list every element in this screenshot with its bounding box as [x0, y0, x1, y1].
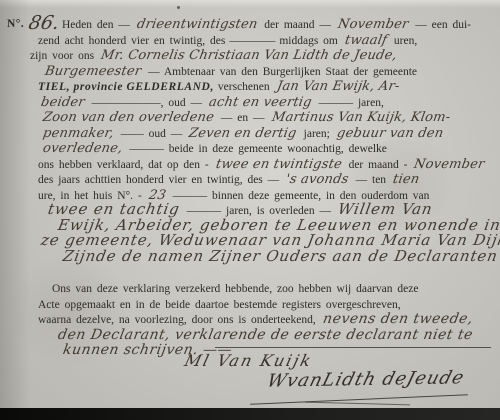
handwritten-entry: gebuur van den: [335, 126, 444, 142]
printed-form-text: — en —: [221, 112, 265, 124]
handwritten-entry: den Declarant, verklarende de eerste dec…: [57, 328, 474, 344]
form-line: TIEL, provincie GELDERLAND, verschenen J…: [38, 78, 494, 94]
printed-form-text: — ten: [356, 174, 386, 186]
form-line: overledene, ——— beide in deze gemeente w…: [40, 140, 494, 156]
form-line: zijn voor ons Mr. Cornelis Christiaan Va…: [30, 47, 494, 63]
form-line: des jaars achttien honderd vier en twint…: [38, 171, 494, 187]
form-line: penmaker, —— oud — Zeven en dertig jaren…: [40, 125, 494, 141]
handwritten-entry: twaalf: [344, 33, 389, 49]
printed-form-text: der maand —: [264, 19, 331, 31]
handwritten-entry: November: [337, 17, 410, 33]
document-scan: N°.86. Heden den — drieentwintigsten der…: [0, 0, 500, 420]
deed-text-block: Heden den — drieentwintigsten der maand …: [38, 16, 494, 358]
printed-form-text: ————: [229, 35, 275, 47]
form-line: Zijnde de namen Zijner Ouders aan de Dec…: [60, 249, 494, 265]
handwritten-entry: Jan Van Ewijk, Ar-: [275, 79, 400, 95]
handwritten-entry: Zijnde de namen Zijner Ouders aan de Dec…: [62, 249, 500, 265]
form-line: ons hebben verklaard, dat op den - twee …: [38, 156, 494, 172]
printed-form-text: waarna dezelve, na voorlezing, door ons …: [38, 314, 316, 326]
handwritten-entry: 's avonds: [285, 172, 350, 188]
printed-caps-text: TIEL, provincie GELDERLAND,: [38, 81, 214, 93]
scan-left-shadow: [0, 0, 30, 420]
printed-form-text: ons hebben verklaard, dat op den -: [38, 159, 209, 171]
scan-top-light-edge: [0, 0, 500, 8]
form-line: zend acht honderd vier en twintig, des —…: [38, 32, 494, 48]
handwritten-entry: Mr. Cornelis Christiaan Van Lidth de Jeu…: [100, 48, 398, 64]
printed-form-text: jaren;: [304, 128, 330, 140]
printed-form-text: —— oud —: [121, 128, 183, 140]
signature-registrar: WvanLidth deJeude: [265, 367, 467, 391]
handwritten-entry: acht en veertig: [208, 95, 313, 111]
handwritten-entry: Burgemeester: [44, 64, 143, 80]
ink-speck: [177, 6, 180, 9]
printed-form-text: ——— beide in deze gemeente woonachtig, d…: [129, 143, 387, 155]
handwritten-entry: Zoon van den overledene: [42, 110, 216, 126]
handwritten-entry: drieentwintigsten: [136, 17, 259, 33]
handwritten-entry: penmaker,: [42, 126, 115, 142]
printed-form-text: Acte opgemaakt en in de beide daartoe be…: [38, 299, 401, 311]
printed-form-text: verschenen: [218, 81, 270, 93]
printed-form-text: der maand -: [349, 159, 408, 171]
handwritten-entry: tien: [392, 172, 421, 188]
handwritten-entry: nevens den tweede,: [321, 312, 473, 328]
printed-form-text: middags om: [279, 35, 338, 47]
printed-form-text: ——— jaren,: [319, 97, 384, 109]
printed-form-text: zijn voor ons: [30, 50, 94, 62]
signature-declarant: Ml Van Kuijk: [183, 351, 315, 370]
printed-form-text: Heden den —: [62, 19, 130, 31]
form-line: Zoon van den overledene — en — Martinus …: [40, 109, 494, 125]
handwritten-entry: Martinus Van Kuijk, Klom-: [270, 110, 451, 126]
printed-form-text: ——————, oud —: [92, 97, 202, 109]
signature-underline-flourish: [305, 402, 410, 406]
record-number-label: N°.: [7, 18, 24, 30]
ruled-line: [215, 347, 491, 348]
printed-form-text: — een dui-: [415, 19, 471, 31]
handwritten-entry: November: [413, 157, 486, 173]
printed-form-text: uren,: [394, 35, 417, 47]
handwritten-entry: overledene,: [42, 141, 124, 157]
handwritten-entry: Zeven en dertig: [188, 126, 298, 142]
handwritten-entry: beider: [40, 95, 86, 111]
printed-form-text: Ons van deze verklaring verzekerd hebben…: [52, 283, 418, 295]
form-line: Acte opgemaakt en in de beide daartoe be…: [38, 296, 494, 312]
form-line: Burgemeester — Ambtenaar van den Burgerl…: [42, 63, 494, 79]
printed-form-text: des jaars achttien honderd vier en twint…: [38, 174, 279, 186]
form-line: waarna dezelve, na voorlezing, door ons …: [38, 311, 494, 327]
handwritten-entry: twee en twintigste: [214, 157, 343, 173]
form-line: Heden den — drieentwintigsten der maand …: [62, 16, 494, 32]
printed-form-text: zend acht honderd vier en twintig, des: [38, 35, 225, 47]
scan-bottom-bar: [0, 408, 500, 420]
form-line: Ons van deze verklaring verzekerd hebben…: [52, 280, 494, 296]
form-line: den Declarant, verklarende de eerste dec…: [55, 327, 494, 343]
form-line: beider ——————, oud — acht en veertig ———…: [38, 94, 494, 110]
printed-form-text: — Ambtenaar van den Burgerlijken Staat d…: [148, 66, 417, 78]
